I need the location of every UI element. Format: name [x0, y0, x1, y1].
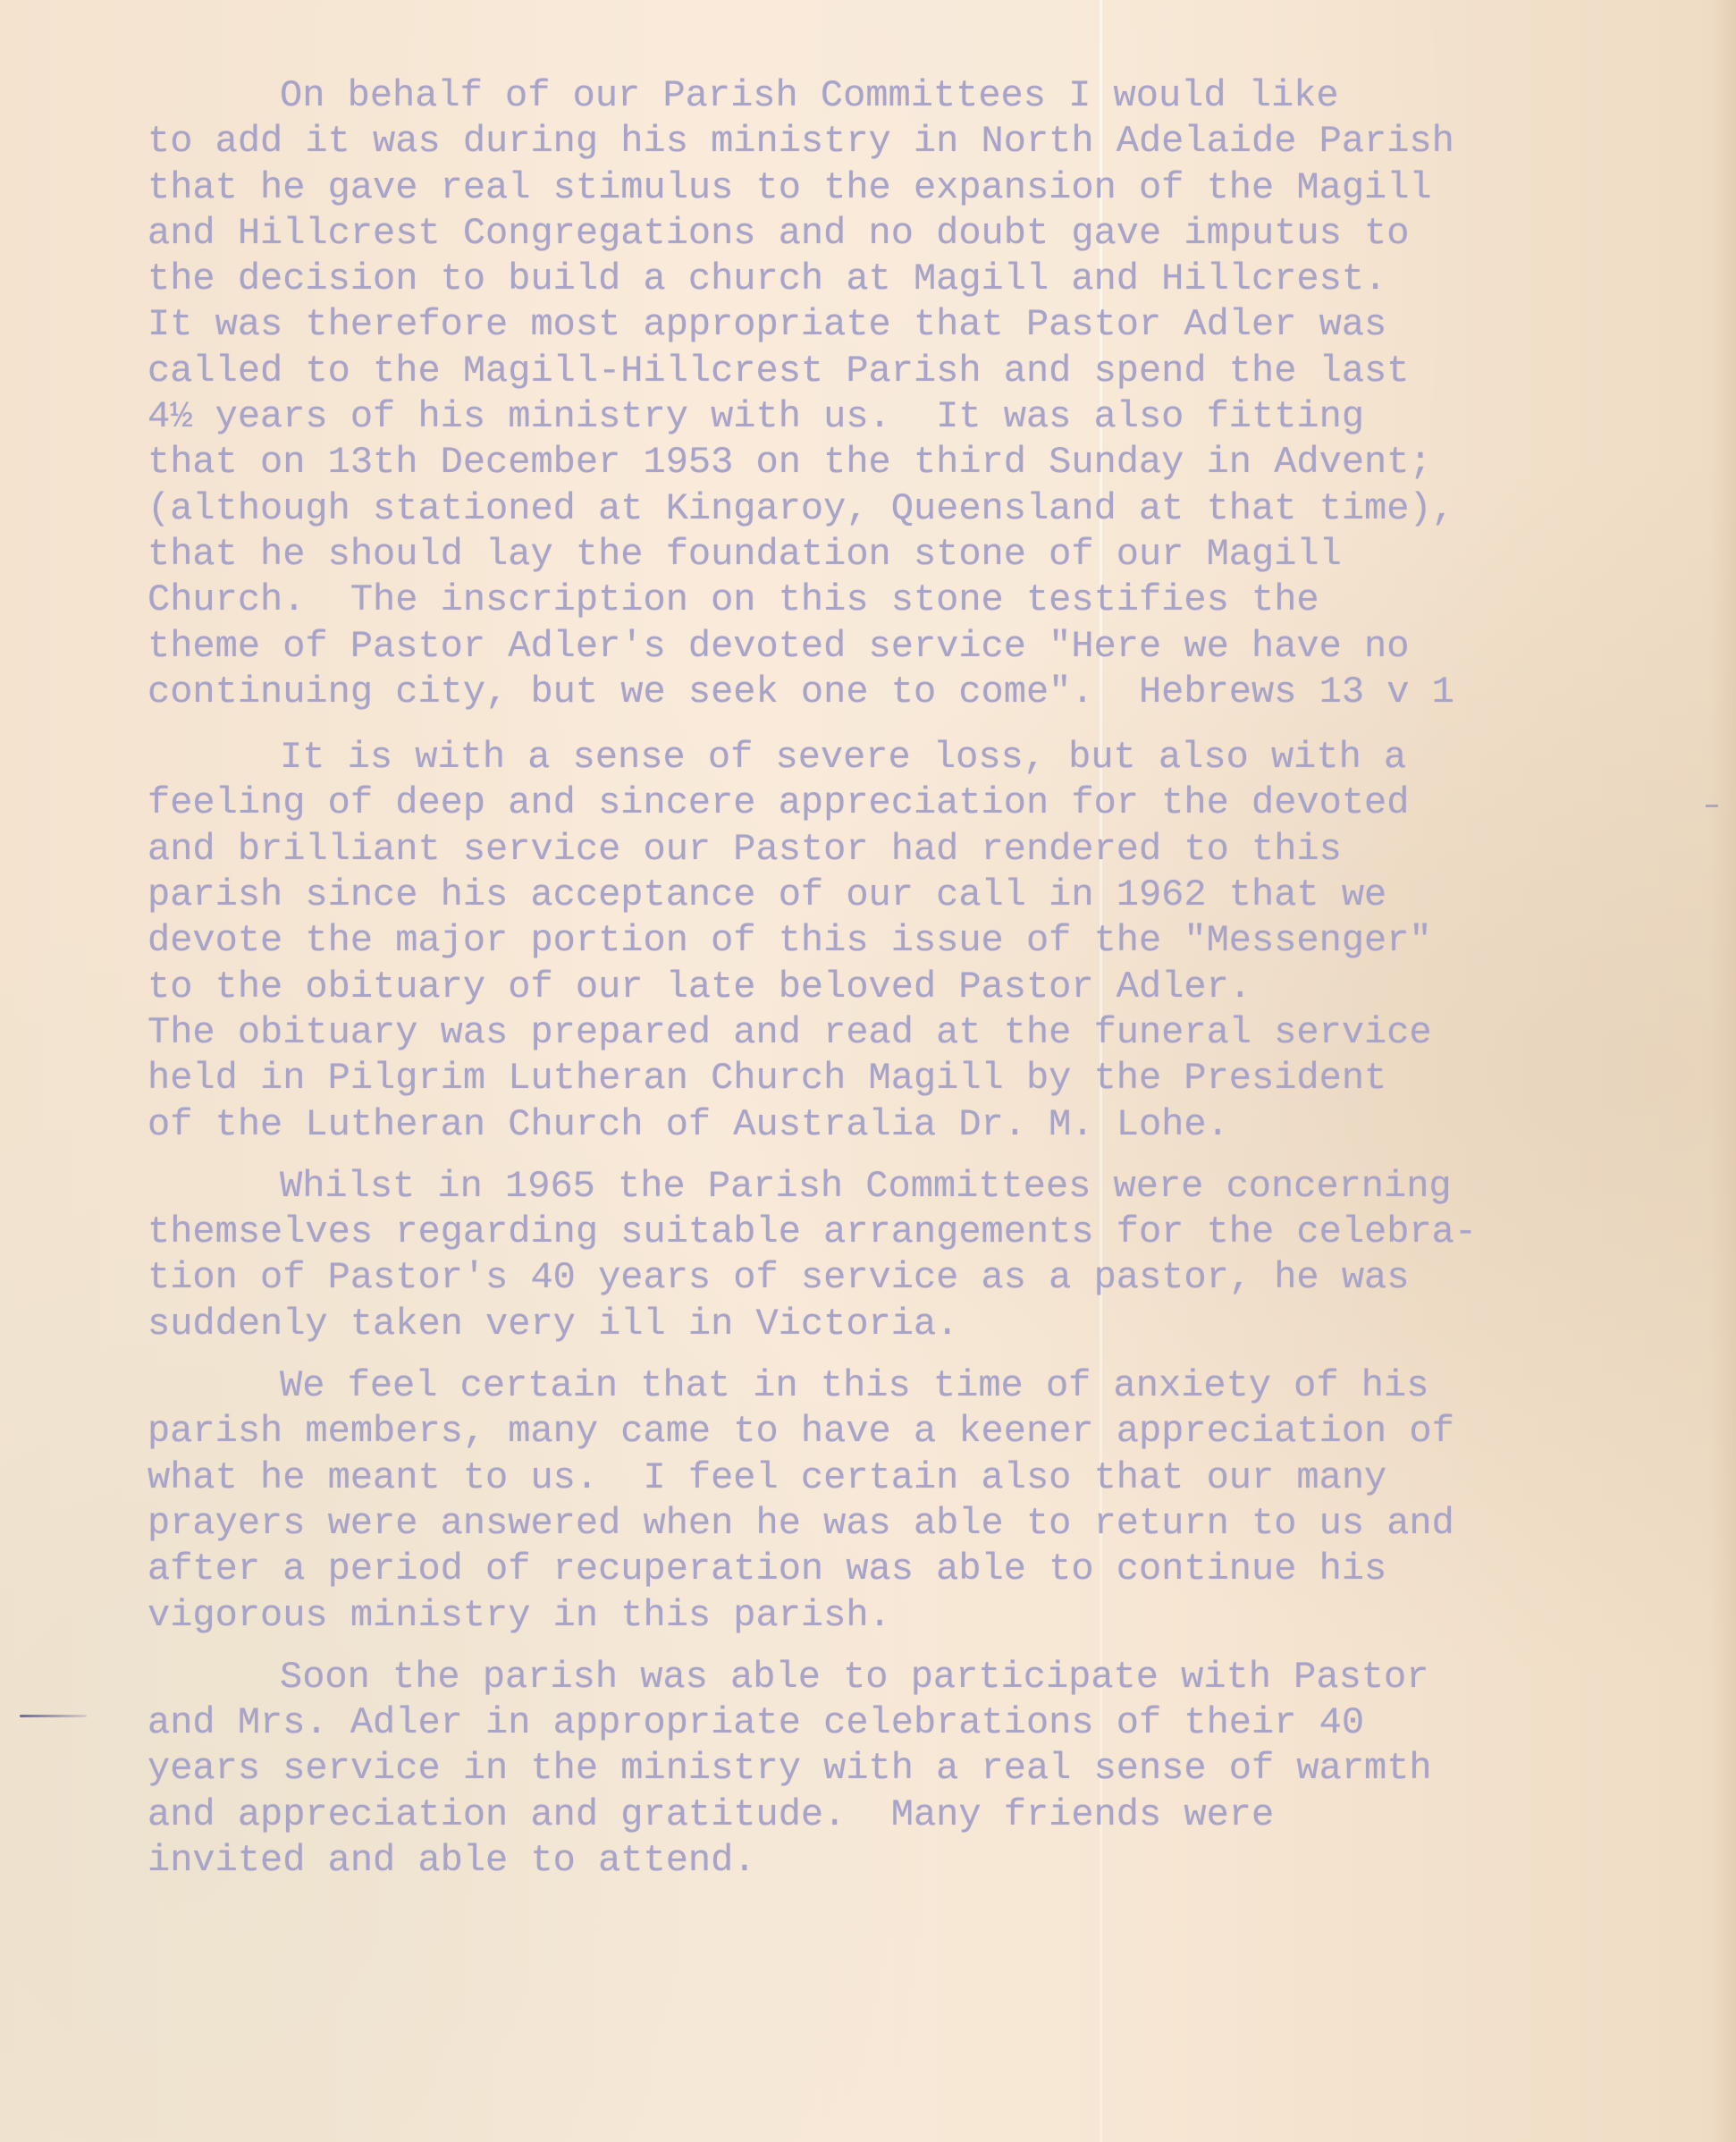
- text-line: The obituary was prepared and read at th…: [147, 1010, 1736, 1056]
- text-line: after a period of recuperation was able …: [147, 1547, 1736, 1592]
- text-line: what he meant to us. I feel certain also…: [147, 1455, 1736, 1501]
- text-line: suddenly taken very ill in Victoria.: [147, 1302, 1736, 1347]
- text-line: of the Lutheran Church of Australia Dr. …: [147, 1102, 1736, 1148]
- paragraph-5: Soon the parish was able to participate …: [147, 1655, 1736, 1884]
- text-line: years service in the ministry with a rea…: [147, 1746, 1736, 1792]
- text-line: continuing city, but we seek one to come…: [147, 670, 1736, 715]
- text-line: to add it was during his ministry in Nor…: [147, 119, 1736, 164]
- text-line: and Mrs. Adler in appropriate celebratio…: [147, 1700, 1736, 1746]
- text-line: and Hillcrest Congregations and no doubt…: [147, 211, 1736, 257]
- paragraph-2: It is with a sense of severe loss, but a…: [147, 735, 1736, 1148]
- text-line: the decision to build a church at Magill…: [147, 257, 1736, 302]
- text-line: parish members, many came to have a keen…: [147, 1409, 1736, 1455]
- text-line: Church. The inscription on this stone te…: [147, 578, 1736, 623]
- typed-page: On behalf of our Parish Committees I wou…: [147, 73, 1736, 1884]
- paragraph-gap: [147, 1347, 1736, 1363]
- paragraph-gap: [147, 715, 1736, 735]
- paragraph-gap: [147, 1639, 1736, 1655]
- text-line: We feel certain that in this time of anx…: [147, 1363, 1736, 1409]
- paragraph-4: We feel certain that in this time of anx…: [147, 1363, 1736, 1639]
- text-line: that he should lay the foundation stone …: [147, 532, 1736, 578]
- text-line: (although stationed at Kingaroy, Queensl…: [147, 486, 1736, 532]
- paragraph-3: Whilst in 1965 the Parish Committees wer…: [147, 1164, 1736, 1347]
- text-line: that on 13th December 1953 on the third …: [147, 440, 1736, 485]
- text-line: vigorous ministry in this parish.: [147, 1593, 1736, 1639]
- text-line: parish since his acceptance of our call …: [147, 873, 1736, 918]
- text-line: Soon the parish was able to participate …: [147, 1655, 1736, 1700]
- text-line: 4½ years of his ministry with us. It was…: [147, 394, 1736, 440]
- text-line: held in Pilgrim Lutheran Church Magill b…: [147, 1056, 1736, 1101]
- text-line: Whilst in 1965 the Parish Committees wer…: [147, 1164, 1736, 1210]
- text-line: It is with a sense of severe loss, but a…: [147, 735, 1736, 780]
- text-line: feeling of deep and sincere appreciation…: [147, 780, 1736, 826]
- text-line: themselves regarding suitable arrangemen…: [147, 1210, 1736, 1255]
- text-line: that he gave real stimulus to the expans…: [147, 165, 1736, 211]
- text-line: tion of Pastor's 40 years of service as …: [147, 1255, 1736, 1301]
- paragraph-1: On behalf of our Parish Committees I wou…: [147, 73, 1736, 715]
- text-line: and brilliant service our Pastor had ren…: [147, 827, 1736, 873]
- text-line: On behalf of our Parish Committees I wou…: [147, 73, 1736, 119]
- text-line: devote the major portion of this issue o…: [147, 918, 1736, 964]
- margin-pen-mark: [20, 1715, 87, 1717]
- paragraph-gap: [147, 1148, 1736, 1164]
- text-line: prayers were answered when he was able t…: [147, 1501, 1736, 1547]
- text-line: to the obituary of our late beloved Past…: [147, 965, 1736, 1010]
- text-line: called to the Magill-Hillcrest Parish an…: [147, 349, 1736, 394]
- text-line: theme of Pastor Adler's devoted service …: [147, 624, 1736, 670]
- text-line: and appreciation and gratitude. Many fri…: [147, 1792, 1736, 1838]
- text-line: It was therefore most appropriate that P…: [147, 302, 1736, 348]
- text-line: invited and able to attend.: [147, 1838, 1736, 1884]
